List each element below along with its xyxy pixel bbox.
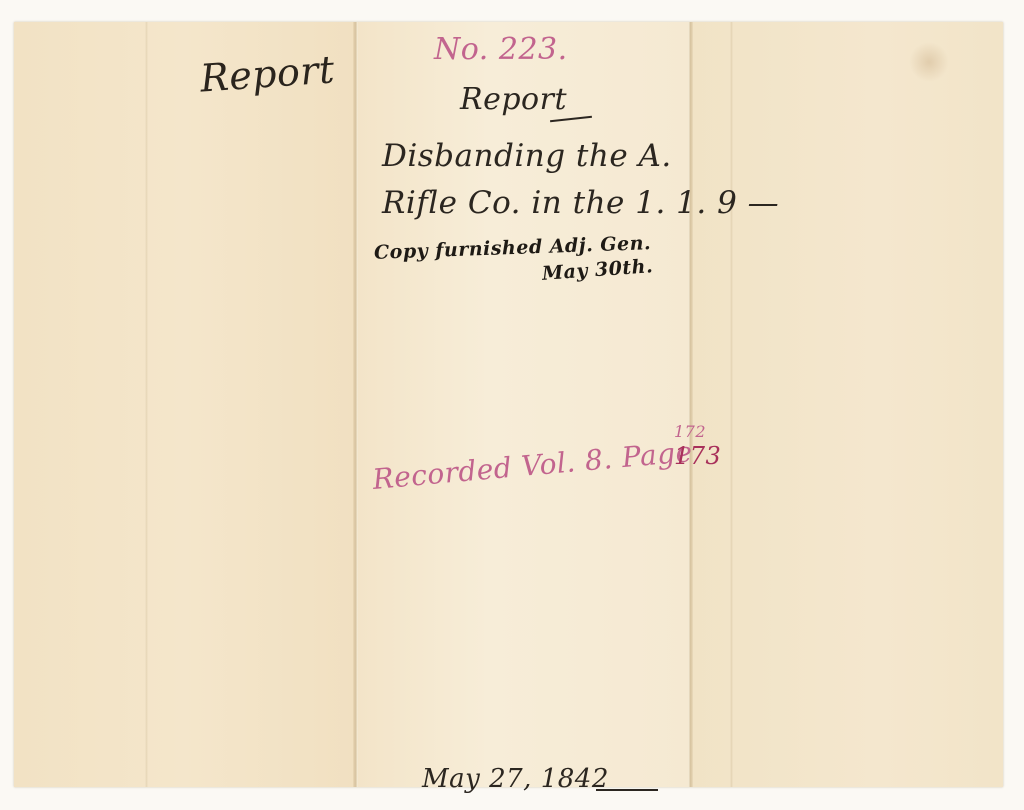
left-fold-panel xyxy=(14,22,355,787)
docket-title: Report xyxy=(460,82,567,117)
left-report-heading: Report xyxy=(199,47,336,100)
document-paper: Report No. 223. Report Disbanding the A.… xyxy=(14,22,1003,787)
page-number-corrected: 173 xyxy=(674,442,721,470)
fold-line xyxy=(688,22,693,787)
docket-number: No. 223. xyxy=(434,32,568,67)
subject-line-1: Disbanding the A. xyxy=(382,138,672,174)
page-number-original: 172 xyxy=(674,422,706,441)
fold-line xyxy=(730,22,733,787)
document-date: May 27, 1842 xyxy=(422,764,609,794)
center-fold-panel xyxy=(355,22,690,787)
right-fold-panel xyxy=(690,22,1003,787)
paper-stain xyxy=(909,42,949,82)
subject-line-2: Rifle Co. in the 1. 1. 9 — xyxy=(382,185,779,221)
date-underline xyxy=(596,789,658,791)
fold-line xyxy=(353,22,358,787)
fold-line xyxy=(145,22,148,787)
